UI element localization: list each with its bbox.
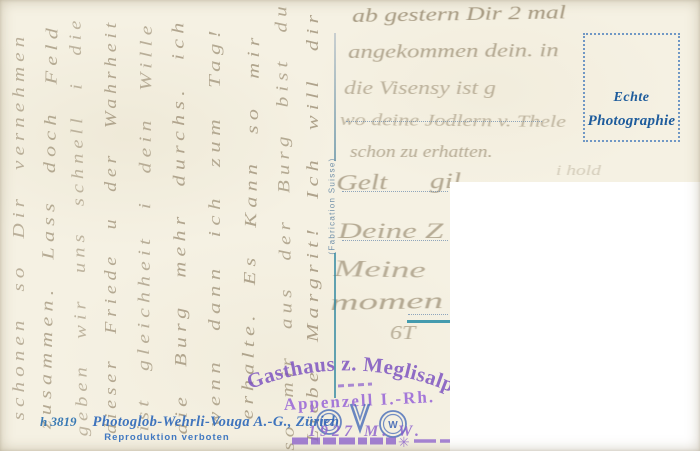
handwriting-line: angekommen dein. in	[348, 40, 559, 64]
address-dotted-line	[342, 191, 448, 192]
handwriting-line: momen	[330, 288, 443, 316]
stamp-box-text: Echte	[614, 90, 650, 106]
divider-line	[334, 33, 336, 161]
stamp-dash-ornament	[338, 384, 372, 386]
publisher-imprint: h 3819Photoglob-Wehrli-Vouga A.-G., Züri…	[40, 413, 339, 443]
stamp-box-text: Photographie	[588, 113, 676, 130]
publisher-name: Photoglob-Wehrli-Vouga A.-G., Zürich	[92, 414, 339, 430]
v-mark	[351, 404, 369, 430]
handwriting-column: schonen so Dir vernehmen	[2, 0, 36, 451]
handwriting-column: ist gleichheit i dein Wille	[128, 0, 162, 451]
handwriting-column: geben wir uns schnell i die	[62, 0, 96, 451]
postage-stamp-box: Echte Photographie	[583, 33, 680, 142]
handwriting-column: wenn dann ich zum Tag!	[198, 0, 232, 451]
w-circle-mark	[380, 411, 406, 437]
reproduction-notice: Reproduktion verboten	[82, 432, 252, 443]
handwriting-column: erhalte. Es Kann so mir	[234, 0, 268, 451]
handwriting-column: dieser Friede u der Wahrheit	[94, 0, 128, 451]
address-dotted-line	[346, 121, 542, 122]
handwriting-column: die Burg mehr durchs. ich	[163, 0, 197, 451]
redacted-white-area	[450, 182, 700, 451]
handwriting-line: 6T	[390, 322, 415, 345]
address-dotted-line	[408, 314, 448, 315]
stamp-flourish-star: ✳	[398, 436, 410, 451]
handwriting-line: ab gestern Dir 2 mal	[352, 2, 566, 28]
w-circle-inner	[384, 415, 403, 434]
handwriting-line: die Visensy ist g	[344, 78, 496, 100]
handwriting-line: schon zu erhatten.	[350, 142, 492, 162]
w-mark-text: W	[388, 420, 398, 431]
postcard-back: schonen so Dir vernehmen zusammen. Lass …	[0, 0, 700, 451]
handwriting-column: zusammen. Lass doch Feld	[32, 0, 66, 451]
handwriting-line: i hold	[556, 163, 601, 180]
address-dotted-line	[342, 240, 448, 241]
handwriting-line: Meine	[334, 256, 426, 284]
divider-line	[334, 253, 336, 398]
short-teal-line	[407, 320, 450, 323]
catalog-number: h 3819	[40, 414, 76, 429]
v-mark-inner	[355, 404, 365, 419]
fabrication-note: (Fabrication Suisse)	[318, 158, 346, 254]
